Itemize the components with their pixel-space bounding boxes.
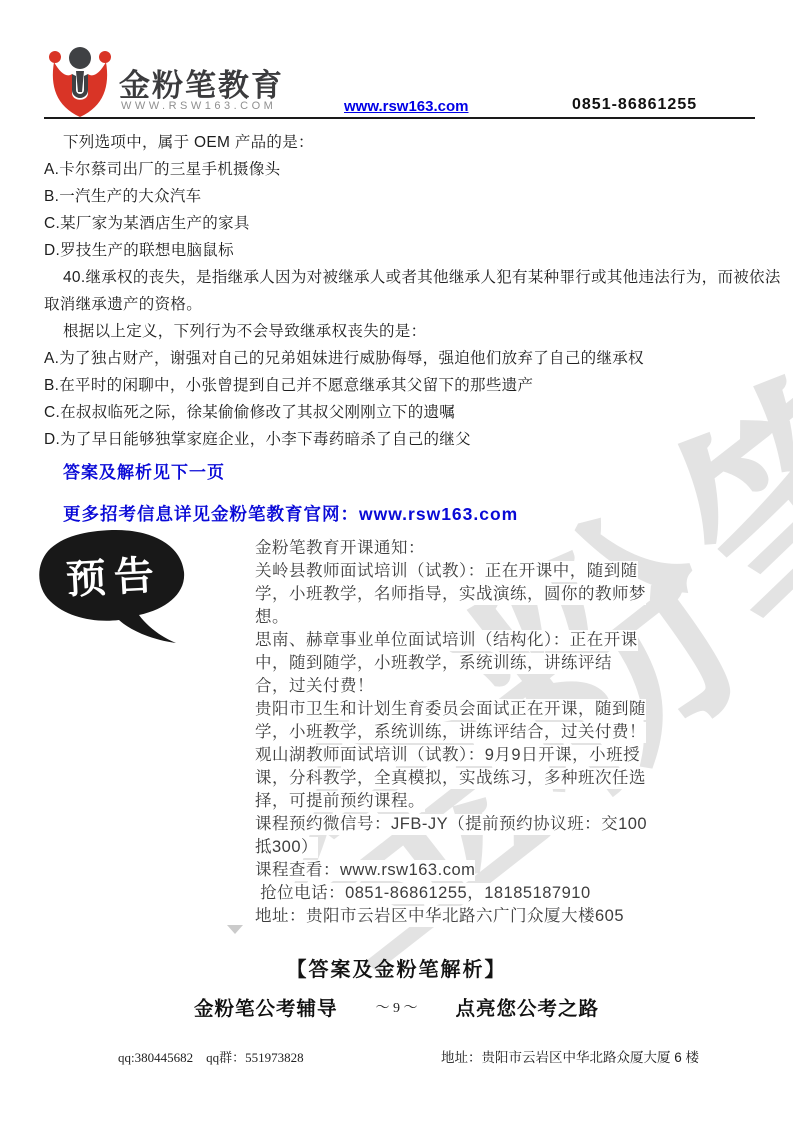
header-phone-number: 0851-86861255 bbox=[572, 96, 697, 114]
question-line: 40.继承权的丧失，是指继承人因为对被继承人或者其他继承人犯有某种罪行或其他违法… bbox=[44, 264, 758, 291]
footer-address: 地址：贵阳市云岩区中华北路众厦大厦 6 楼 bbox=[441, 1046, 699, 1066]
question-option: C.在叔叔临死之际，徐某偷偷修改了其叔父刚刚立下的遗嘱 bbox=[44, 399, 758, 426]
notice-badge-bubble: 预告 bbox=[34, 527, 192, 647]
notice-line: 想。 bbox=[255, 607, 289, 628]
question-option: C.某厂家为某酒店生产的家具 bbox=[44, 210, 758, 237]
question-line: 根据以上定义，下列行为不会导致继承权丧失的是： bbox=[44, 318, 758, 345]
header-website-link[interactable]: www.rsw163.com bbox=[344, 98, 469, 115]
more-info-link[interactable]: www.rsw163.com bbox=[359, 504, 518, 524]
notice-line: 合，过关付费！ bbox=[255, 676, 374, 697]
question-option: A.卡尔蔡司出厂的三星手机摄像头 bbox=[44, 156, 758, 183]
notice-line: 金粉笔教育开课通知： bbox=[255, 538, 425, 559]
footer-page-number: ～ 9 ～ bbox=[376, 997, 418, 1017]
footer-brand-line: 金粉笔公考辅导 ～ 9 ～ 点亮您公考之路 bbox=[0, 993, 793, 1021]
answer-section-heading: 【答案及金粉笔解析】 bbox=[0, 953, 793, 982]
collapse-triangle-icon bbox=[227, 925, 243, 934]
notice-line: 抵300） bbox=[255, 837, 318, 858]
notice-line: 观山湖教师面试培训（试教）：9月9日开课，小班授 bbox=[255, 745, 640, 766]
more-info-note: 更多招考信息详见金粉笔教育官网：www.rsw163.com bbox=[63, 501, 518, 526]
brand-site-caption: WWW.RSW163.COM bbox=[121, 100, 276, 112]
question-line: 下列选项中，属于 OEM 产品的是： bbox=[44, 129, 758, 156]
notice-line: 择，可提前预约课程。 bbox=[255, 791, 425, 812]
document-page: 金粉笔 金粉笔教育 WWW.RSW163.COM www.rsw163.com … bbox=[0, 0, 793, 1122]
notice-line: 贵阳市卫生和计划生育委员会面试正在开课，随到随 bbox=[255, 699, 646, 720]
notice-line: 课程查看：www.rsw163.com bbox=[255, 860, 475, 881]
notice-line: 关岭县教师面试培训（试教）：正在开课中，随到随 bbox=[255, 561, 638, 582]
notice-line: 课程预约微信号：JFB-JY（提前预约协议班：交100 bbox=[255, 814, 647, 835]
notice-block: 金粉笔教育开课通知： 关岭县教师面试培训（试教）：正在开课中，随到随 学，小班教… bbox=[255, 538, 760, 929]
more-info-label: 更多招考信息详见金粉笔教育官网： bbox=[63, 504, 359, 524]
logo-person-icon bbox=[48, 46, 112, 118]
notice-line: 中，随到随学，小班教学，系统训练，讲练评结 bbox=[255, 653, 612, 674]
notice-line: 抢位电话：0851-86861255，18185187910 bbox=[255, 883, 591, 904]
question-option: A.为了独占财产，谢强对自己的兄弟姐妹进行威胁侮辱，强迫他们放弃了自己的继承权 bbox=[44, 345, 758, 372]
question-option: D.为了早日能够独掌家庭企业，小李下毒药暗杀了自己的继父 bbox=[44, 426, 758, 453]
notice-badge-label: 预告 bbox=[65, 553, 163, 602]
question-option: D.罗技生产的联想电脑鼠标 bbox=[44, 237, 758, 264]
notice-line: 学，小班教学，名师指导，实战演练，圆你的教师梦 bbox=[255, 584, 646, 605]
answers-next-page-note: 答案及解析见下一页 bbox=[63, 458, 225, 483]
notice-line: 地址：贵阳市云岩区中华北路六广门众厦大楼605 bbox=[255, 906, 624, 927]
question-option: B.一汽生产的大众汽车 bbox=[44, 183, 758, 210]
question-line: 取消继承遗产的资格。 bbox=[44, 291, 758, 318]
notice-line: 课，分科教学，全真模拟，实战练习，多种班次任选 bbox=[255, 768, 646, 789]
footer-qq-info: qq:380445682 qq群：551973828 bbox=[118, 1047, 304, 1066]
footer-brand: 金粉笔公考辅导 bbox=[194, 993, 338, 1021]
question-block: 下列选项中，属于 OEM 产品的是： A.卡尔蔡司出厂的三星手机摄像头 B.一汽… bbox=[44, 129, 758, 453]
notice-line: 思南、赫章事业单位面试培训（结构化）：正在开课 bbox=[255, 630, 638, 651]
brand-title: 金粉笔教育 bbox=[119, 60, 284, 105]
question-option: B.在平时的闲聊中，小张曾提到自己并不愿意继承其父留下的那些遗产 bbox=[44, 372, 758, 399]
footer-slogan: 点亮您公考之路 bbox=[456, 993, 600, 1021]
header-divider bbox=[44, 117, 755, 119]
notice-line: 学，小班教学，系统训练，讲练评结合，过关付费！ bbox=[255, 722, 646, 743]
